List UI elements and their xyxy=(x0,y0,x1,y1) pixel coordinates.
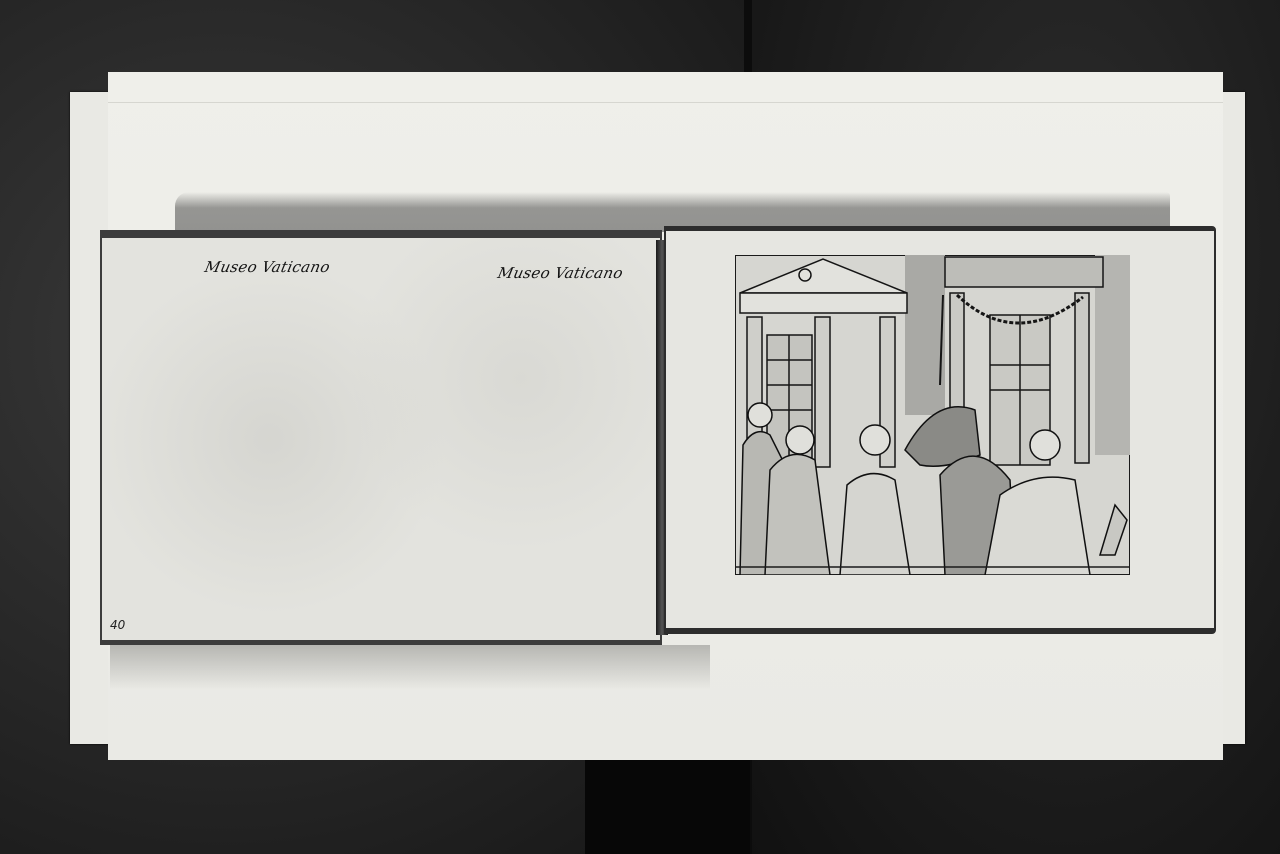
page-number: 40 xyxy=(110,618,125,632)
paper-texture xyxy=(102,238,660,640)
sheet-fold-line xyxy=(108,72,1223,103)
sketchbook-left-page xyxy=(100,230,662,645)
inscription-left: Museo Vaticano xyxy=(203,258,332,276)
inscription-right: Museo Vaticano xyxy=(496,264,625,282)
bottom-shadow xyxy=(110,645,710,690)
relief-drawing xyxy=(735,255,1130,575)
drawing-svg xyxy=(735,255,1130,575)
